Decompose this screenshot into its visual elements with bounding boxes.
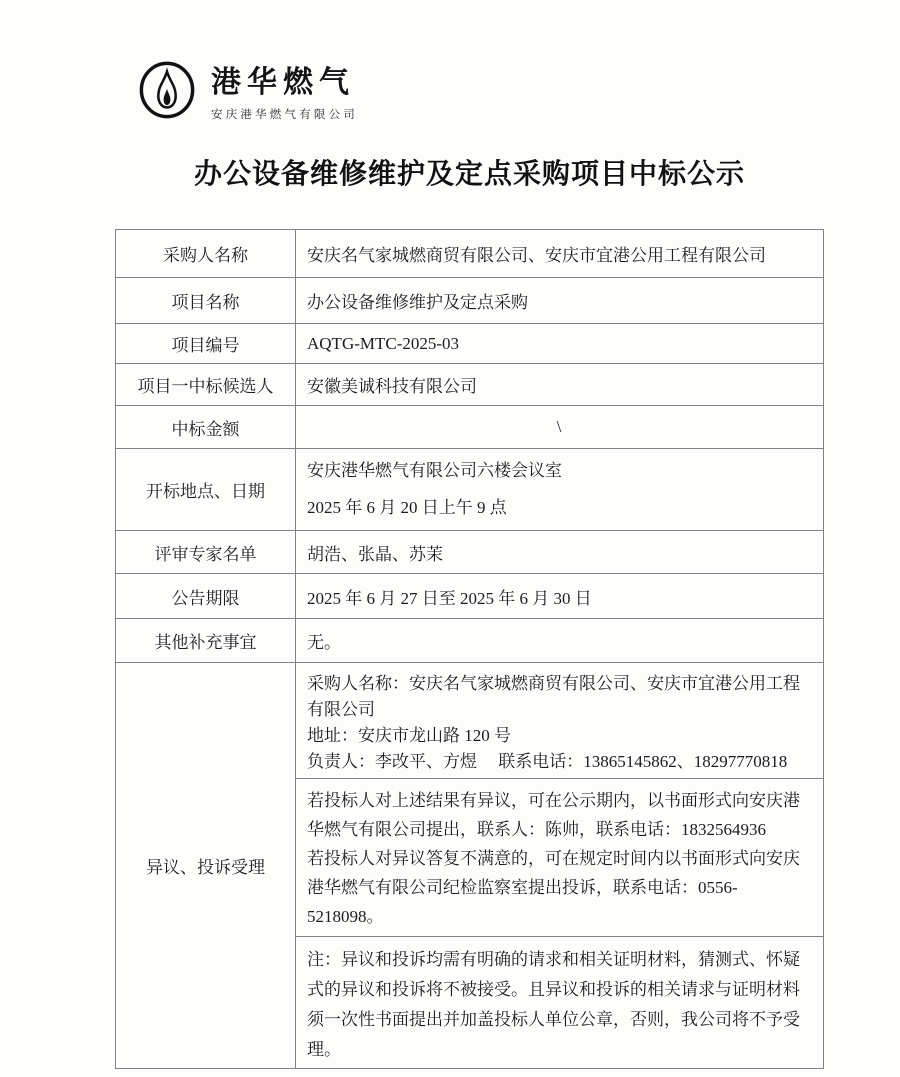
row-label-award-amount: 中标金额 bbox=[116, 406, 296, 449]
row-value-purchaser: 安庆名气家城燃商贸有限公司、安庆市宜港公用工程有限公司 bbox=[296, 230, 824, 278]
table-row: 项目一中标候选人 安徽美诚科技有限公司 bbox=[116, 364, 824, 406]
document-page: 港华燃气 安庆港华燃气有限公司 办公设备维修维护及定点采购项目中标公示 采购人名… bbox=[0, 0, 900, 1077]
row-label-purchaser: 采购人名称 bbox=[116, 230, 296, 278]
table-row: 评审专家名单 胡浩、张晶、苏茉 bbox=[116, 531, 824, 574]
table-row: 项目名称 办公设备维修维护及定点采购 bbox=[116, 278, 824, 324]
table-row: 其他补充事宜 无。 bbox=[116, 619, 824, 663]
flame-in-circle-icon bbox=[138, 60, 196, 120]
row-label-winning-candidate: 项目一中标候选人 bbox=[116, 364, 296, 406]
row-value-project-name: 办公设备维修维护及定点采购 bbox=[296, 278, 824, 324]
brand-subtitle: 安庆港华燃气有限公司 bbox=[211, 106, 358, 122]
page-title: 办公设备维修维护及定点采购项目中标公示 bbox=[115, 152, 824, 192]
brand-name: 港华燃气 bbox=[211, 66, 358, 99]
row-value-bid-opening: 安庆港华燃气有限公司六楼会议室 2025 年 6 月 20 日上午 9 点 bbox=[296, 449, 824, 531]
row-label-project-number: 项目编号 bbox=[116, 324, 296, 364]
row-value-award-amount: \ bbox=[296, 406, 824, 449]
row-label-project-name: 项目名称 bbox=[116, 278, 296, 324]
table-row: 异议、投诉受理 采购人名称：安庆名气家城燃商贸有限公司、安庆市宜港公用工程有限公… bbox=[116, 663, 824, 779]
row-label-objection: 异议、投诉受理 bbox=[116, 663, 296, 1069]
announcement-table: 采购人名称 安庆名气家城燃商贸有限公司、安庆市宜港公用工程有限公司 项目名称 办… bbox=[115, 229, 824, 1069]
row-label-experts: 评审专家名单 bbox=[116, 531, 296, 574]
logo-text: 港华燃气 安庆港华燃气有限公司 bbox=[211, 60, 358, 122]
table-row: 中标金额 \ bbox=[116, 406, 824, 449]
row-label-other-matters: 其他补充事宜 bbox=[116, 619, 296, 663]
row-value-announcement-period: 2025 年 6 月 27 日至 2025 年 6 月 30 日 bbox=[296, 574, 824, 619]
table-row: 采购人名称 安庆名气家城燃商贸有限公司、安庆市宜港公用工程有限公司 bbox=[116, 230, 824, 278]
company-logo: 港华燃气 安庆港华燃气有限公司 bbox=[138, 60, 358, 122]
row-value-project-number: AQTG-MTC-2025-03 bbox=[296, 324, 824, 364]
row-label-bid-opening: 开标地点、日期 bbox=[116, 449, 296, 531]
objection-contact-cell: 采购人名称：安庆名气家城燃商贸有限公司、安庆市宜港公用工程有限公司 地址：安庆市… bbox=[296, 663, 824, 779]
objection-procedure-cell: 若投标人对上述结果有异议，可在公示期内，以书面形式向安庆港华燃气有限公司提出，联… bbox=[296, 779, 824, 936]
row-value-other-matters: 无。 bbox=[296, 619, 824, 663]
table-row: 项目编号 AQTG-MTC-2025-03 bbox=[116, 324, 824, 364]
row-value-winning-candidate: 安徽美诚科技有限公司 bbox=[296, 364, 824, 406]
row-label-announcement-period: 公告期限 bbox=[116, 574, 296, 619]
table-row: 公告期限 2025 年 6 月 27 日至 2025 年 6 月 30 日 bbox=[116, 574, 824, 619]
objection-note-cell: 注：异议和投诉均需有明确的请求和相关证明材料，猜测式、怀疑式的异议和投诉将不被接… bbox=[296, 936, 824, 1069]
table-row: 开标地点、日期 安庆港华燃气有限公司六楼会议室 2025 年 6 月 20 日上… bbox=[116, 449, 824, 531]
row-value-experts: 胡浩、张晶、苏茉 bbox=[296, 531, 824, 574]
